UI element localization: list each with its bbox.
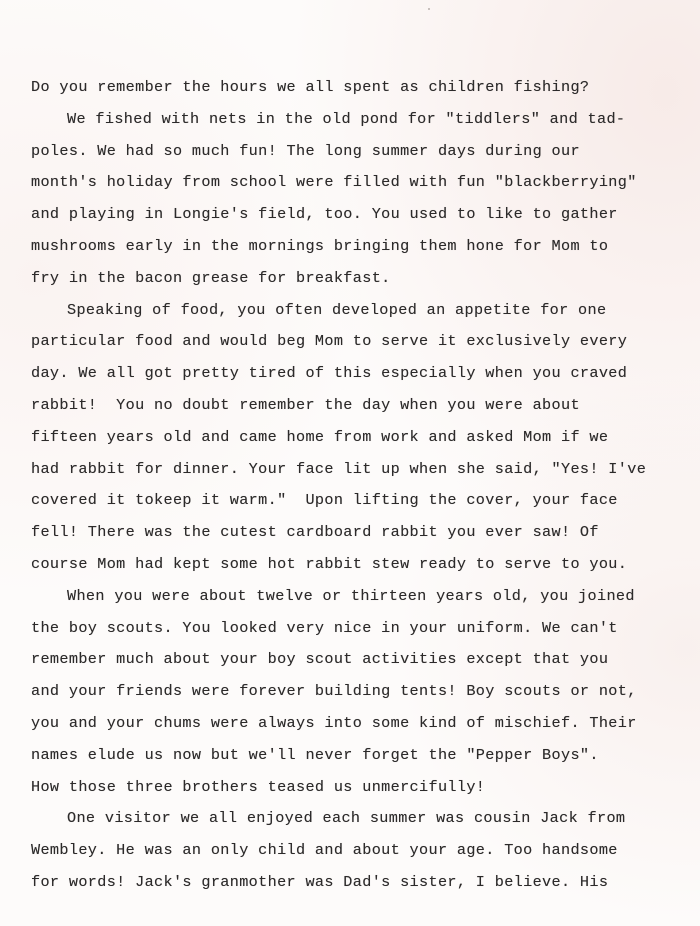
text-line: you and your chums were always into some… bbox=[31, 708, 671, 740]
text-line: course Mom had kept some hot rabbit stew… bbox=[31, 549, 671, 581]
text-line: We fished with nets in the old pond for … bbox=[31, 104, 671, 136]
text-line: poles. We had so much fun! The long summ… bbox=[31, 136, 671, 168]
text-line: month's holiday from school were filled … bbox=[31, 167, 671, 199]
text-line: the boy scouts. You looked very nice in … bbox=[31, 613, 671, 645]
text-line: Do you remember the hours we all spent a… bbox=[31, 72, 671, 104]
text-line: rabbit! You no doubt remember the day wh… bbox=[31, 390, 671, 422]
text-line: particular food and would beg Mom to ser… bbox=[31, 326, 671, 358]
text-line: How those three brothers teased us unmer… bbox=[31, 772, 671, 804]
paper-speck bbox=[428, 8, 430, 10]
text-line: Wembley. He was an only child and about … bbox=[31, 835, 671, 867]
text-line: remember much about your boy scout activ… bbox=[31, 644, 671, 676]
text-line: fell! There was the cutest cardboard rab… bbox=[31, 517, 671, 549]
text-line: and your friends were forever building t… bbox=[31, 676, 671, 708]
text-line: and playing in Longie's field, too. You … bbox=[31, 199, 671, 231]
text-line: covered it tokeep it warm." Upon lifting… bbox=[31, 485, 671, 517]
text-line: had rabbit for dinner. Your face lit up … bbox=[31, 454, 671, 486]
text-line: One visitor we all enjoyed each summer w… bbox=[31, 803, 671, 835]
text-line: for words! Jack's granmother was Dad's s… bbox=[31, 867, 671, 899]
text-line: names elude us now but we'll never forge… bbox=[31, 740, 671, 772]
scanned-page: Do you remember the hours we all spent a… bbox=[0, 0, 700, 926]
text-line: Speaking of food, you often developed an… bbox=[31, 295, 671, 327]
text-line: When you were about twelve or thirteen y… bbox=[31, 581, 671, 613]
text-line: mushrooms early in the mornings bringing… bbox=[31, 231, 671, 263]
text-line: day. We all got pretty tired of this esp… bbox=[31, 358, 671, 390]
text-line: fifteen years old and came home from wor… bbox=[31, 422, 671, 454]
text-line: fry in the bacon grease for breakfast. bbox=[31, 263, 671, 295]
typewritten-body: Do you remember the hours we all spent a… bbox=[31, 72, 671, 899]
